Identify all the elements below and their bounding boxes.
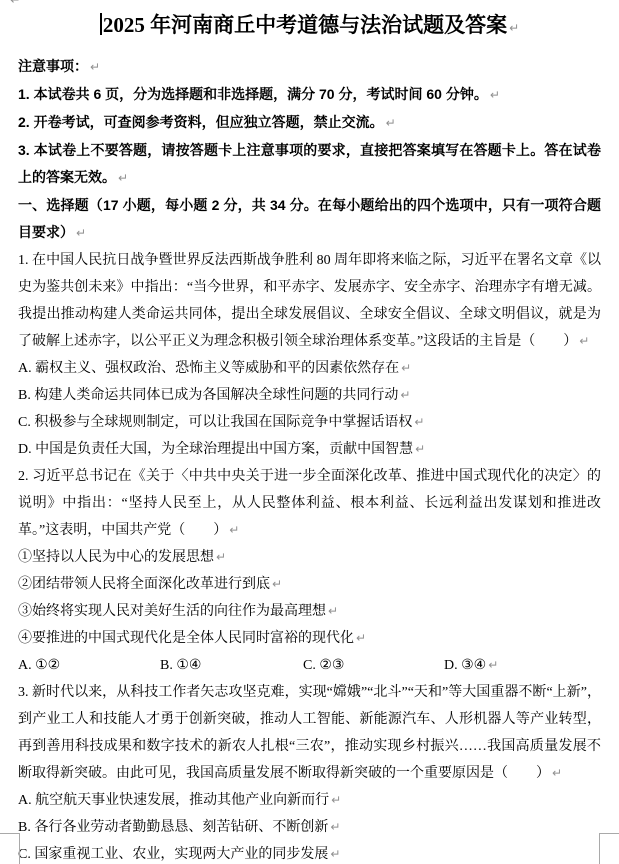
question-2-choices-row: A. ①② B. ①④ C. ②③ D. ③④↵ [18,652,601,679]
paragraph-mark-icon: ↵ [400,388,410,402]
paragraph-mark-icon: ↵ [330,847,340,861]
question-2-statement-2[interactable]: ②团结带领人民将全面深化改革进行到底↵ [18,571,601,598]
document-body: 注意事项：↵ 1. 本试卷共 6 页，分为选择题和非选择题，满分 70 分，考试… [18,53,601,864]
question-1-stem-text: 1. 在中国人民抗日战争暨世界反法西斯战争胜利 80 周年即将来临之际，习近平在… [18,253,601,349]
text-boundary-corner-left [0,833,20,864]
question-1-option-b-text: B. 构建人类命运共同体已成为各国解决全球性问题的共同行动 [18,388,398,403]
paragraph-mark-icon: ↵ [386,116,396,130]
question-1-option-a-text: A. 霸权主义、强权政治、恐怖主义等威胁和平的因素依然存在 [18,361,399,376]
notice-item-3-text: 3. 本试卷上不要答题，请按答题卡上注意事项的要求，直接把答案填写在答题卡上。答… [18,142,601,185]
paragraph-mark-icon: ↵ [509,21,519,35]
question-2-choice-b-text: B. ①④ [160,658,201,673]
notice-item-1-text: 1. 本试卷共 6 页，分为选择题和非选择题，满分 70 分，考试时间 60 分… [18,86,488,102]
question-3-stem[interactable]: 3. 新时代以来，从科技工作者矢志攻坚克难，实现“嫦娥”“北斗”“天和”等大国重… [18,679,601,787]
question-2-choice-c[interactable]: C. ②③ [303,652,344,679]
paragraph-mark-icon: ↵ [272,577,282,591]
question-2-stem-text: 2. 习近平总书记在《关于〈中共中央关于进一步全面深化改革、推进中国式现代化的决… [18,469,601,538]
paragraph-mark-icon: ↵ [488,658,498,672]
question-2-statement-3-text: ③始终将实现人民对美好生活的向往作为最高理想 [18,604,326,619]
notices-heading-text: 注意事项： [18,58,88,74]
question-2-choice-d-text: D. ③④ [444,658,486,673]
paragraph-mark-icon: ↵ [414,415,424,429]
question-1-option-c-text: C. 积极参与全球规则制定，可以让我国在国际竞争中掌握话语权 [18,415,412,430]
paragraph-mark-icon: ↵ [76,226,86,240]
question-2-choice-b[interactable]: B. ①④ [160,652,201,679]
page-title-text: 2025 年河南商丘中考道德与法治试题及答案 [103,13,507,37]
question-3-option-b-text: B. 各行各业劳动者勤勤恳恳、刻苦钻研、不断创新 [18,820,328,835]
paragraph-mark-icon: ↵ [401,361,411,375]
question-2-statement-4[interactable]: ④要推进的中国式现代化是全体人民同时富裕的现代化↵ [18,625,601,652]
paragraph-mark-icon: ↵ [328,604,338,618]
paragraph-mark-icon: ↵ [579,334,589,348]
question-1-option-d[interactable]: D. 中国是负责任大国，为全球治理提出中国方案，贡献中国智慧↵ [18,436,601,463]
question-1-option-c[interactable]: C. 积极参与全球规则制定，可以让我国在国际竞争中掌握话语权↵ [18,409,601,436]
notice-item-1[interactable]: 1. 本试卷共 6 页，分为选择题和非选择题，满分 70 分，考试时间 60 分… [18,81,601,109]
paragraph-mark-icon: ↵ [552,766,562,780]
question-2-stem[interactable]: 2. 习近平总书记在《关于〈中共中央关于进一步全面深化改革、推进中国式现代化的决… [18,463,601,544]
text-boundary-corner-right [599,833,619,864]
question-2-choice-a[interactable]: A. ①② [18,652,60,679]
paragraph-mark-icon: ↵ [330,820,340,834]
question-3-option-c[interactable]: C. 国家重视工业、农业，实现两大产业的同步发展↵ [18,841,601,864]
question-2-statement-2-text: ②团结带领人民将全面深化改革进行到底 [18,577,270,592]
question-3-option-b[interactable]: B. 各行各业劳动者勤勤恳恳、刻苦钻研、不断创新↵ [18,814,601,841]
question-1-option-b[interactable]: B. 构建人类命运共同体已成为各国解决全球性问题的共同行动↵ [18,382,601,409]
paragraph-mark-icon: ↵ [90,60,100,74]
paragraph-mark-icon: ↵ [216,550,226,564]
question-3-option-c-text: C. 国家重视工业、农业，实现两大产业的同步发展 [18,847,328,862]
paragraph-mark-icon: ↵ [356,631,366,645]
document-canvas[interactable]: ↵ 2025 年河南商丘中考道德与法治试题及答案↵ 注意事项：↵ 1. 本试卷共… [0,0,619,864]
section-heading-text: 一、选择题（17 小题，每小题 2 分，共 34 分。在每小题给出的四个选项中，… [18,197,601,240]
question-2-statement-1-text: ①坚持以人民为中心的发展思想 [18,550,214,565]
notice-item-2-text: 2. 开卷考试，可查阅参考资料，但应独立答题，禁止交流。 [18,114,384,130]
question-2-choice-c-text: C. ②③ [303,658,344,673]
page-title[interactable]: 2025 年河南商丘中考道德与法治试题及答案↵ [0,10,619,43]
question-2-choice-d[interactable]: D. ③④↵ [444,652,498,679]
text-cursor [100,13,102,35]
question-3-option-a-text: A. 航空航天事业快速发展，推动其他产业向新而行 [18,793,329,808]
notices-heading[interactable]: 注意事项：↵ [18,53,601,81]
question-1-option-d-text: D. 中国是负责任大国，为全球治理提出中国方案，贡献中国智慧 [18,442,413,457]
notice-item-3[interactable]: 3. 本试卷上不要答题，请按答题卡上注意事项的要求，直接把答案填写在答题卡上。答… [18,137,601,192]
paragraph-mark-icon: ↵ [490,88,500,102]
paragraph-mark-icon: ↵ [118,171,128,185]
question-1-option-a[interactable]: A. 霸权主义、强权政治、恐怖主义等威胁和平的因素依然存在↵ [18,355,601,382]
paragraph-mark-icon: ↵ [415,442,425,456]
paragraph-mark-icon: ↵ [229,523,239,537]
question-3-stem-text: 3. 新时代以来，从科技工作者矢志攻坚克难，实现“嫦娥”“北斗”“天和”等大国重… [18,685,601,781]
section-heading[interactable]: 一、选择题（17 小题，每小题 2 分，共 34 分。在每小题给出的四个选项中，… [18,192,601,247]
question-2-statement-3[interactable]: ③始终将实现人民对美好生活的向往作为最高理想↵ [18,598,601,625]
notice-item-2[interactable]: 2. 开卷考试，可查阅参考资料，但应独立答题，禁止交流。↵ [18,109,601,137]
question-3-option-a[interactable]: A. 航空航天事业快速发展，推动其他产业向新而行↵ [18,787,601,814]
paragraph-mark-icon: ↵ [331,793,341,807]
question-2-choice-a-text: A. ①② [18,658,60,673]
question-1-stem[interactable]: 1. 在中国人民抗日战争暨世界反法西斯战争胜利 80 周年即将来临之际，习近平在… [18,247,601,355]
paragraph-mark-icon: ↵ [10,0,21,8]
question-2-statement-4-text: ④要推进的中国式现代化是全体人民同时富裕的现代化 [18,631,354,646]
question-2-statement-1[interactable]: ①坚持以人民为中心的发展思想↵ [18,544,601,571]
